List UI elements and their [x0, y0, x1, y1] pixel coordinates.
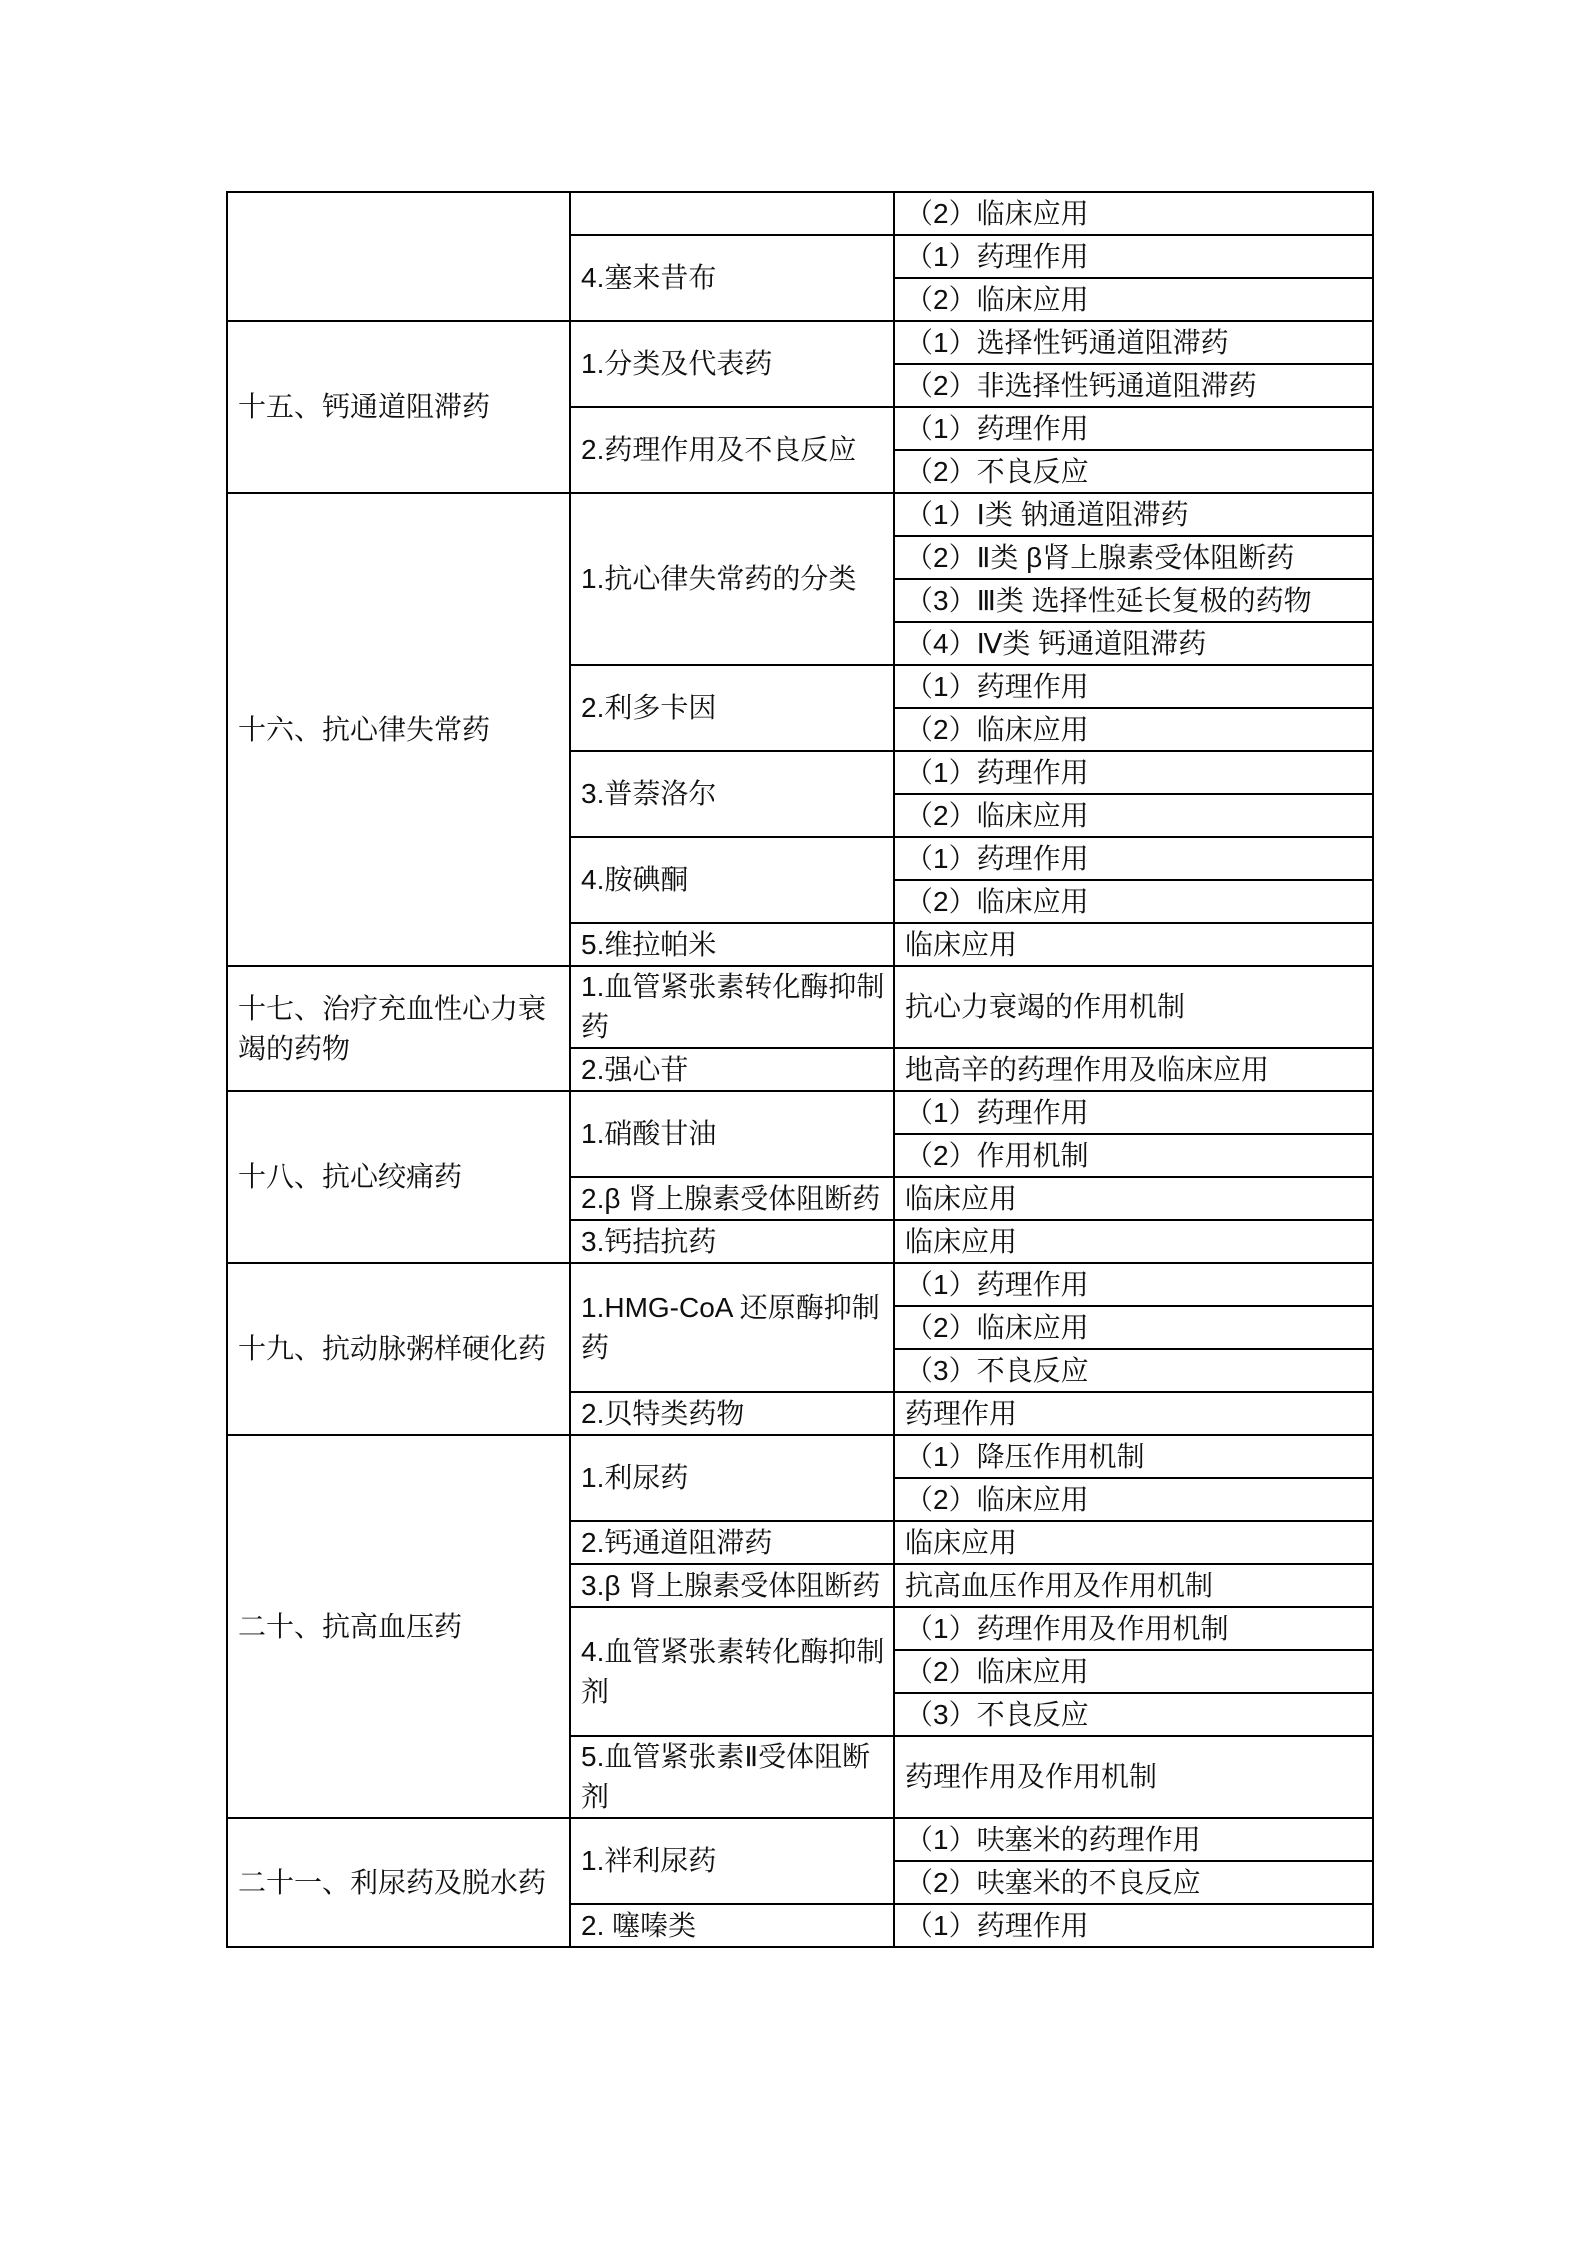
table-row: 二十、抗高血压药1.利尿药（1）降压作用机制 — [227, 1435, 1373, 1478]
topic-cell: 3.普萘洛尔 — [570, 751, 894, 837]
topic-cell: 1.HMG-CoA 还原酶抑制药 — [570, 1263, 894, 1392]
detail-cell: 地高辛的药理作用及临床应用 — [894, 1048, 1373, 1091]
chapter-cell: 二十、抗高血压药 — [227, 1435, 570, 1818]
table-row: 十六、抗心律失常药1.抗心律失常药的分类（1）Ⅰ类 钠通道阻滞药 — [227, 493, 1373, 536]
topic-cell: 2. 噻嗪类 — [570, 1904, 894, 1947]
detail-cell: 抗高血压作用及作用机制 — [894, 1564, 1373, 1607]
table-row: （2）临床应用 — [227, 192, 1373, 235]
topic-cell: 2.利多卡因 — [570, 665, 894, 751]
detail-cell: （2）作用机制 — [894, 1134, 1373, 1177]
detail-cell: （3）不良反应 — [894, 1349, 1373, 1392]
topic-cell: 1.血管紧张素转化酶抑制药 — [570, 966, 894, 1048]
table-row: 二十一、利尿药及脱水药1.袢利尿药（1）呋塞米的药理作用 — [227, 1818, 1373, 1861]
detail-cell: （1）药理作用 — [894, 407, 1373, 450]
detail-cell: （2）临床应用 — [894, 1478, 1373, 1521]
detail-cell: 临床应用 — [894, 923, 1373, 966]
topic-cell: 2.贝特类药物 — [570, 1392, 894, 1435]
detail-cell: （2）临床应用 — [894, 708, 1373, 751]
topic-cell: 4.血管紧张素转化酶抑制剂 — [570, 1607, 894, 1736]
detail-cell: （2）Ⅱ类 β肾上腺素受体阻断药 — [894, 536, 1373, 579]
chapter-cell: 十五、钙通道阻滞药 — [227, 321, 570, 493]
topic-cell: 1.袢利尿药 — [570, 1818, 894, 1904]
chapter-cell: 十七、治疗充血性心力衰竭的药物 — [227, 966, 570, 1091]
detail-cell: （1）药理作用 — [894, 235, 1373, 278]
detail-cell: （3）Ⅲ类 选择性延长复极的药物 — [894, 579, 1373, 622]
topic-cell: 5.血管紧张素Ⅱ受体阻断剂 — [570, 1736, 894, 1818]
document-page: （2）临床应用4.塞来昔布（1）药理作用（2）临床应用十五、钙通道阻滞药1.分类… — [0, 0, 1587, 2245]
detail-cell: （2）临床应用 — [894, 880, 1373, 923]
detail-cell: （1）药理作用 — [894, 665, 1373, 708]
detail-cell: （2）非选择性钙通道阻滞药 — [894, 364, 1373, 407]
detail-cell: 临床应用 — [894, 1521, 1373, 1564]
detail-cell: （2）临床应用 — [894, 1306, 1373, 1349]
topic-cell: 2.钙通道阻滞药 — [570, 1521, 894, 1564]
detail-cell: （1）呋塞米的药理作用 — [894, 1818, 1373, 1861]
topic-cell: 1.利尿药 — [570, 1435, 894, 1521]
topic-cell: 5.维拉帕米 — [570, 923, 894, 966]
detail-cell: （2）临床应用 — [894, 278, 1373, 321]
detail-cell: （4）Ⅳ类 钙通道阻滞药 — [894, 622, 1373, 665]
topic-cell: 4.胺碘酮 — [570, 837, 894, 923]
table-row: 十五、钙通道阻滞药1.分类及代表药（1）选择性钙通道阻滞药 — [227, 321, 1373, 364]
table-row: 十八、抗心绞痛药1.硝酸甘油（1）药理作用 — [227, 1091, 1373, 1134]
chapter-cell — [227, 192, 570, 321]
detail-cell: （1）药理作用 — [894, 837, 1373, 880]
syllabus-table: （2）临床应用4.塞来昔布（1）药理作用（2）临床应用十五、钙通道阻滞药1.分类… — [226, 191, 1374, 1948]
detail-cell: 药理作用及作用机制 — [894, 1736, 1373, 1818]
detail-cell: （1）药理作用及作用机制 — [894, 1607, 1373, 1650]
detail-cell: （2）不良反应 — [894, 450, 1373, 493]
detail-cell: （1）药理作用 — [894, 1904, 1373, 1947]
chapter-cell: 十九、抗动脉粥样硬化药 — [227, 1263, 570, 1435]
chapter-cell: 二十一、利尿药及脱水药 — [227, 1818, 570, 1947]
topic-cell: 3.β 肾上腺素受体阻断药 — [570, 1564, 894, 1607]
topic-cell: 2.β 肾上腺素受体阻断药 — [570, 1177, 894, 1220]
detail-cell: （1）药理作用 — [894, 1091, 1373, 1134]
chapter-cell: 十六、抗心律失常药 — [227, 493, 570, 966]
detail-cell: （3）不良反应 — [894, 1693, 1373, 1736]
table-row: 十九、抗动脉粥样硬化药1.HMG-CoA 还原酶抑制药（1）药理作用 — [227, 1263, 1373, 1306]
topic-cell: 1.分类及代表药 — [570, 321, 894, 407]
detail-cell: （2）呋塞米的不良反应 — [894, 1861, 1373, 1904]
detail-cell: （1）药理作用 — [894, 751, 1373, 794]
detail-cell: （1）Ⅰ类 钠通道阻滞药 — [894, 493, 1373, 536]
detail-cell: 临床应用 — [894, 1177, 1373, 1220]
detail-cell: （1）选择性钙通道阻滞药 — [894, 321, 1373, 364]
detail-cell: （1）降压作用机制 — [894, 1435, 1373, 1478]
chapter-cell: 十八、抗心绞痛药 — [227, 1091, 570, 1263]
detail-cell: （2）临床应用 — [894, 794, 1373, 837]
detail-cell: 药理作用 — [894, 1392, 1373, 1435]
table-row: 十七、治疗充血性心力衰竭的药物1.血管紧张素转化酶抑制药抗心力衰竭的作用机制 — [227, 966, 1373, 1048]
topic-cell: 1.硝酸甘油 — [570, 1091, 894, 1177]
topic-cell: 2.强心苷 — [570, 1048, 894, 1091]
topic-cell: 3.钙拮抗药 — [570, 1220, 894, 1263]
topic-cell — [570, 192, 894, 235]
detail-cell: 临床应用 — [894, 1220, 1373, 1263]
topic-cell: 1.抗心律失常药的分类 — [570, 493, 894, 665]
detail-cell: （1）药理作用 — [894, 1263, 1373, 1306]
detail-cell: （2）临床应用 — [894, 192, 1373, 235]
topic-cell: 4.塞来昔布 — [570, 235, 894, 321]
detail-cell: 抗心力衰竭的作用机制 — [894, 966, 1373, 1048]
detail-cell: （2）临床应用 — [894, 1650, 1373, 1693]
topic-cell: 2.药理作用及不良反应 — [570, 407, 894, 493]
